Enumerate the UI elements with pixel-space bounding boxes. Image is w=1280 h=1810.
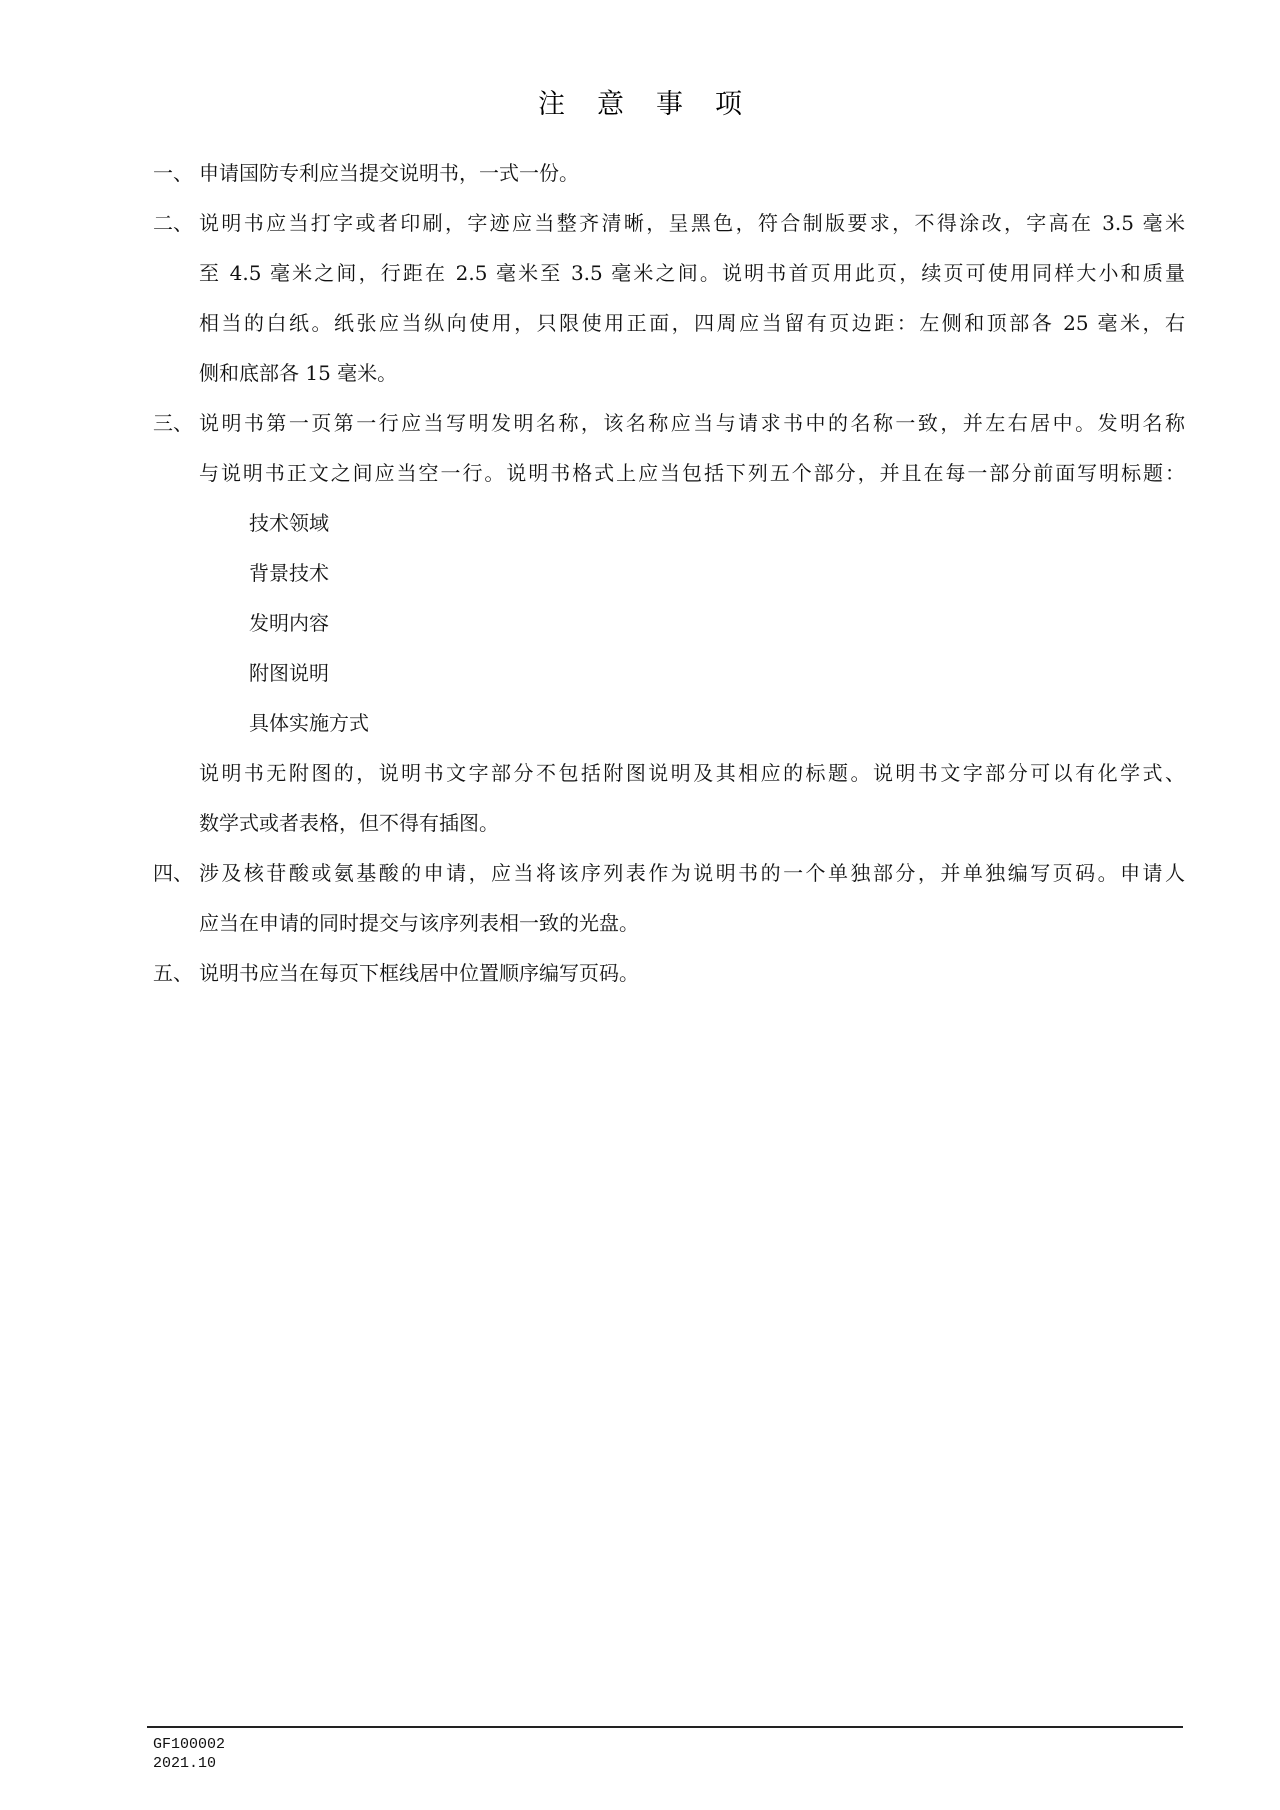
paragraph-line: 说明书第一页第一行应当写明发明名称，该名称应当与请求书中的名称一致，并左右居中。… bbox=[199, 398, 1185, 448]
paragraph-line: 应当在申请的同时提交与该序列表相一致的光盘。 bbox=[199, 898, 1185, 948]
paragraph-line: 相当的白纸。纸张应当纵向使用，只限使用正面，四周应当留有页边距：左侧和顶部各 2… bbox=[199, 298, 1185, 348]
notice-content: 一、 申请国防专利应当提交说明书，一式一份。 二、 说明书应当打字或者印刷，字迹… bbox=[153, 148, 1185, 998]
section-number: 五、 bbox=[153, 948, 199, 998]
paragraph-line: 至 4.5 毫米之间，行距在 2.5 毫米至 3.5 毫米之间。说明书首页用此页… bbox=[199, 248, 1185, 298]
footer-divider bbox=[147, 1726, 1183, 1728]
footer: GF100002 2021.10 bbox=[153, 1735, 225, 1773]
paragraph-line: 与说明书正文之间应当空一行。说明书格式上应当包括下列五个部分，并且在每一部分前面… bbox=[199, 448, 1185, 498]
list-item: 具体实施方式 bbox=[249, 698, 1185, 748]
form-version: 2021.10 bbox=[153, 1754, 225, 1773]
list-item: 技术领域 bbox=[249, 498, 1185, 548]
section-4: 四、 涉及核苷酸或氨基酸的申请，应当将该序列表作为说明书的一个单独部分，并单独编… bbox=[153, 848, 1185, 948]
form-code: GF100002 bbox=[153, 1735, 225, 1754]
section-3: 三、 说明书第一页第一行应当写明发明名称，该名称应当与请求书中的名称一致，并左右… bbox=[153, 398, 1185, 848]
paragraph-line: 涉及核苷酸或氨基酸的申请，应当将该序列表作为说明书的一个单独部分，并单独编写页码… bbox=[199, 848, 1185, 898]
paragraph-line: 说明书应当打字或者印刷，字迹应当整齐清晰，呈黑色，符合制版要求，不得涂改，字高在… bbox=[199, 198, 1185, 248]
section-5: 五、 说明书应当在每页下框线居中位置顺序编写页码。 bbox=[153, 948, 1185, 998]
note-line: 说明书无附图的，说明书文字部分不包括附图说明及其相应的标题。说明书文字部分可以有… bbox=[199, 748, 1185, 798]
section-number: 二、 bbox=[153, 198, 199, 248]
section-number: 三、 bbox=[153, 398, 199, 448]
note-line: 数学式或者表格，但不得有插图。 bbox=[199, 798, 1185, 848]
paragraph-line: 申请国防专利应当提交说明书，一式一份。 bbox=[199, 148, 1185, 198]
paragraph-line: 说明书应当在每页下框线居中位置顺序编写页码。 bbox=[199, 948, 1185, 998]
paragraph-line: 侧和底部各 15 毫米。 bbox=[199, 348, 1185, 398]
section-number: 一、 bbox=[153, 148, 199, 198]
page-title: 注意事项 bbox=[0, 88, 1280, 122]
list-item: 发明内容 bbox=[249, 598, 1185, 648]
list-item: 附图说明 bbox=[249, 648, 1185, 698]
section-number: 四、 bbox=[153, 848, 199, 898]
section-1: 一、 申请国防专利应当提交说明书，一式一份。 bbox=[153, 148, 1185, 198]
required-sections-list: 技术领域 背景技术 发明内容 附图说明 具体实施方式 bbox=[199, 498, 1185, 748]
section-2: 二、 说明书应当打字或者印刷，字迹应当整齐清晰，呈黑色，符合制版要求，不得涂改，… bbox=[153, 198, 1185, 398]
list-item: 背景技术 bbox=[249, 548, 1185, 598]
